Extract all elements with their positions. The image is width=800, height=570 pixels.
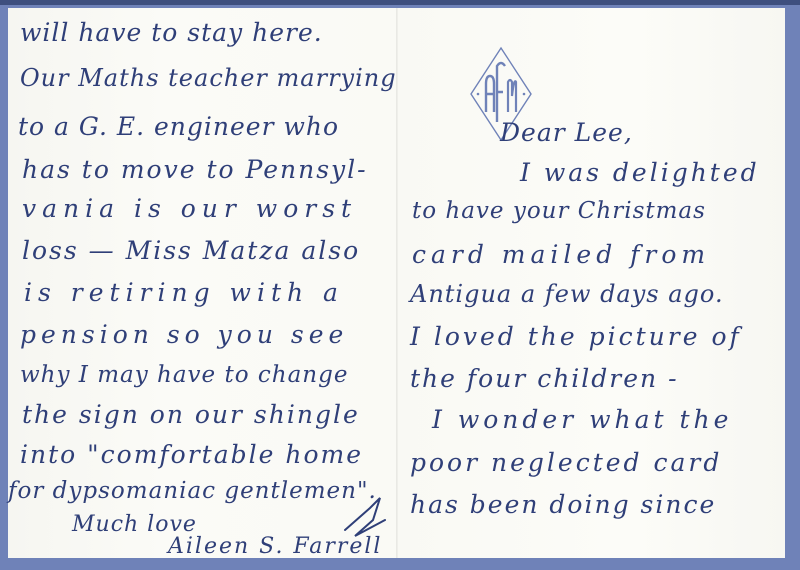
right-line-5: I loved the picture of — [410, 322, 742, 351]
letter-frame: will have to stay here. Our Maths teache… — [0, 0, 800, 570]
top-border-strip — [0, 0, 800, 5]
right-line-4: Antigua a few days ago. — [410, 280, 724, 308]
left-line-8: pension so you see — [20, 320, 348, 349]
left-line-3: to a G. E. engineer who — [18, 112, 339, 141]
right-line-8: poor neglected card — [410, 448, 722, 477]
right-line-9: has been doing since — [410, 490, 716, 519]
left-line-10: the sign on our shingle — [22, 400, 360, 429]
left-line-6: loss — Miss Matza also — [22, 236, 360, 265]
right-line-3: card mailed from — [412, 240, 710, 269]
right-line-7: I wonder what the — [432, 405, 732, 434]
left-line-9: why I may have to change — [20, 362, 348, 388]
right-line-2: to have your Christmas — [412, 198, 706, 224]
left-line-5: vania is our worst — [22, 194, 357, 223]
right-line-6: the four children - — [410, 364, 679, 393]
left-line-7: is retiring with a — [24, 278, 344, 307]
signature-flourish — [325, 490, 395, 550]
left-line-11: into "comfortable home — [20, 440, 363, 469]
left-line-12: for dypsomaniac gentlemen". — [8, 478, 377, 504]
left-line-1: will have to stay here. — [20, 18, 390, 47]
left-line-2: Our Maths teacher marrying — [20, 64, 397, 92]
greeting: Dear Lee, — [500, 118, 633, 147]
right-line-1: I was delighted — [520, 158, 760, 187]
left-line-4: has to move to Pennsyl- — [22, 155, 368, 184]
